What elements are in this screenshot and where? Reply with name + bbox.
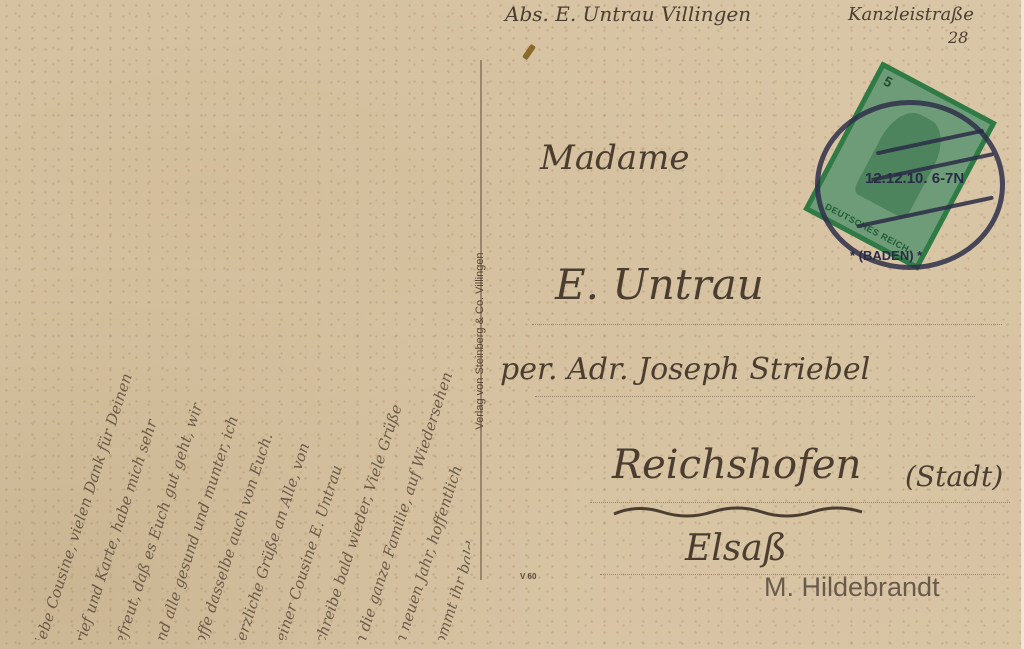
sender-street: Kanzleistraße: [848, 4, 974, 25]
recipient-city-note: (Stadt): [905, 460, 1003, 493]
recipient-region: Elsaß: [685, 528, 787, 569]
sender-number: 28: [948, 28, 968, 47]
stamp-value: 5: [881, 73, 895, 91]
print-code: V 60: [520, 572, 536, 581]
recipient-name: E. Untrau: [555, 260, 764, 309]
care-of-line: per. Adr. Joseph Striebel: [500, 352, 870, 387]
salutation: Madame: [540, 138, 689, 178]
handwritten-message: Liebe Cousine, vielen Dank für Deinen Br…: [10, 10, 470, 640]
stamp-area: 5 DEUTSCHES REICH 12.12.10. 6-7N * (BADE…: [815, 70, 1010, 285]
publisher-imprint: Verlag von Steinberg & Co. Villingen: [474, 171, 486, 511]
postmark-bottom: * (BADEN) *: [850, 248, 922, 263]
address-line-2: [535, 396, 975, 397]
pencil-mark: [522, 44, 536, 61]
watermark-credit: M. Hildebrandt: [764, 572, 940, 603]
postmark-date: 12.12.10. 6-7N: [865, 170, 964, 187]
sender-line: Abs. E. Untrau Villingen: [505, 2, 751, 26]
address-line-1: [532, 324, 1002, 325]
recipient-city: Reichshofen: [612, 442, 861, 488]
postcard-back: Liebe Cousine, vielen Dank für Deinen Br…: [0, 0, 1024, 649]
underline-squiggle: [612, 500, 882, 524]
